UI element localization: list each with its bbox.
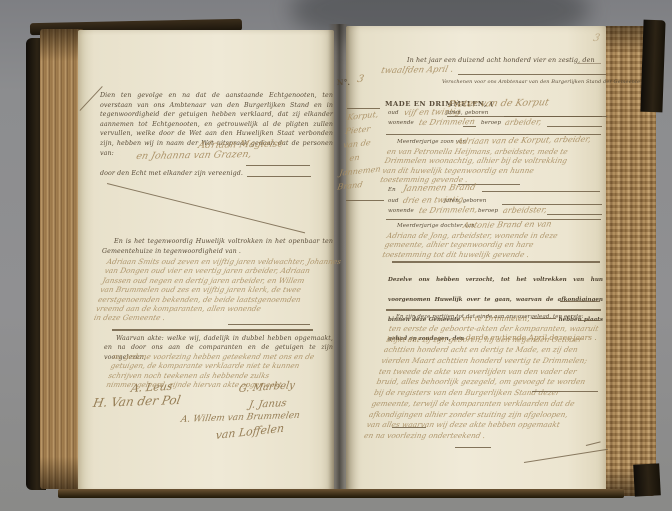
blank-rule — [532, 391, 598, 392]
handwritten-line: Drimmelen woonachtig, alhier bij de volt… — [384, 156, 568, 165]
blank-rule — [246, 165, 310, 166]
handwritten-line: na gedane voorlezing hebben geteekend me… — [112, 352, 315, 361]
beroep-label: beroep — [481, 120, 501, 126]
blank-rule — [458, 74, 606, 75]
handwritten-line: gemeente, terwijl de komparanten verklaa… — [370, 399, 582, 410]
act-number-label: N°. — [337, 78, 350, 87]
handwritten-line: Adriaan Smits oud zeven en vijftig jaren… — [106, 257, 342, 266]
en-label: En — [388, 187, 396, 193]
bride-parents-handwritten-block: Adriana de Jong, arbeidster, wonende in … — [381, 231, 558, 259]
handwritten-line: bruid, alles behoorlijk gezegeld, om gev… — [375, 377, 587, 388]
section-rule — [386, 309, 601, 311]
oud-label: oud — [388, 110, 399, 116]
handwritten-line: van alles waarvan wij deze akte hebben o… — [365, 420, 577, 431]
beroep-label: beroep — [478, 208, 498, 214]
blank-rule — [577, 63, 601, 64]
book-photo: Dien ten gevolge en na dat de aanstaande… — [0, 0, 672, 511]
witnesses-handwritten: Adriaan Smits oud zeven en vijftig jaren… — [93, 257, 342, 323]
bride-parents-handwritten: Antonie Brand en van — [462, 219, 553, 230]
ceremony-paragraph: En is het tegenwoordig Huwelijk voltrokk… — [102, 237, 333, 256]
handwritten-line: vierden Maart achttien honderd veertig t… — [380, 356, 592, 367]
blank-rule — [247, 176, 311, 177]
blank-rule — [578, 320, 600, 321]
jaren-geboren-label: jaren, geboren — [446, 110, 488, 116]
handwritten-line: getuigen, de komparante verklaarde niet … — [110, 361, 313, 370]
jaren-geboren-label: jaren, geboren — [444, 198, 486, 204]
book-cover-right-top — [640, 20, 665, 113]
word-underline — [455, 447, 491, 448]
bride-occupation-handwritten: arbeidster, — [502, 205, 548, 215]
handwritten-line: bij de registers van den Burgerlijken St… — [373, 388, 585, 399]
year-line: In het jaar een duizend acht honderd vie… — [407, 56, 595, 64]
section-rule — [392, 261, 600, 263]
handwritten-line: ten eerste de geboorte-akten der kompara… — [388, 324, 600, 335]
handwritten-line: en van Petronella Heijmans, arbeidster, … — [386, 147, 570, 156]
handwritten-line: van dit huwelijk tegenwoordig en hunne — [381, 166, 565, 175]
book-cover-bottom — [58, 489, 624, 498]
signature: J. Janus — [248, 398, 287, 411]
margin-rule — [346, 200, 384, 201]
oud-label: oud — [388, 198, 399, 204]
handwritten-line: eerstgenoemden bekenden, de beide laatst… — [97, 295, 333, 304]
handwritten-line: en na voorlezing onderteekend . — [363, 431, 575, 442]
handwritten-line: toestemming tot dit huwelijk gevende . — [381, 250, 554, 259]
handwritten-line: Janssen oud negen en dertig jaren arbeid… — [101, 276, 337, 285]
blank-rule — [547, 214, 602, 215]
book-cover-right-bottom — [633, 463, 661, 496]
united-line: door den Echt met elkander zijn vereenig… — [100, 170, 243, 177]
groom-occupation-handwritten: arbeider, — [504, 117, 543, 127]
wonende-label: wonende — [388, 208, 414, 214]
bride-name-handwritten: Jannemen Brand — [402, 183, 477, 194]
groom-parents-handwritten-block: en van Petronella Heijmans, arbeidster, … — [379, 147, 570, 185]
handwritten-line: in deze Gemeente . — [93, 313, 329, 322]
handwritten-line: gemeente, alhier tegenwoordig en hare — [384, 240, 557, 249]
handwritten-line: vreemd aan de komparanten, allen wonende — [95, 304, 331, 313]
handwritten-line: blijkt dat zij zijn geboren, hij den neg… — [385, 335, 597, 346]
blank-rule — [547, 126, 602, 127]
handwritten-line: schrijven noch teekenen als hebbende zul… — [107, 371, 310, 380]
wonende-label: wonende — [388, 120, 414, 126]
handwritten-line: Adriana de Jong, arbeidster, wonende in … — [386, 231, 559, 240]
blank-rule — [228, 324, 310, 325]
handwritten-line: achttien honderd acht en dertig te Made,… — [383, 345, 595, 356]
date-handwritten: twaalfden April . — [380, 65, 454, 76]
margin-rule — [347, 108, 380, 109]
blank-rule — [482, 191, 600, 192]
appeared-line: Verschenen voor ons Ambtenaar van den Bu… — [442, 79, 640, 85]
bride-residence-handwritten: te Drimmelen, — [418, 205, 479, 215]
handwritten-line: van Brummelen oud zes en vijftig jaren k… — [99, 285, 335, 294]
word-underline — [392, 427, 426, 428]
handwritten-line: ten tweede de akte van overlijden van de… — [378, 367, 590, 378]
submitted-line: En zijn deze partijen tot dat einde aan … — [396, 314, 584, 320]
blank-rule — [463, 126, 476, 127]
handwritten-line: van Dongen oud vier en veertig jaren arb… — [104, 266, 340, 275]
section-rule — [112, 329, 313, 331]
bride-name-handwritten: en Johanna van Grazen, — [135, 149, 253, 162]
groom-name-handwritten: Pieter van de Korput — [447, 97, 550, 110]
blank-rule — [560, 301, 600, 302]
handwritten-line: afkondigingen alhier zonder stuiting zij… — [368, 410, 580, 421]
submitted-handwritten-block: ten eerste de geboorte-akten der kompara… — [363, 324, 600, 442]
